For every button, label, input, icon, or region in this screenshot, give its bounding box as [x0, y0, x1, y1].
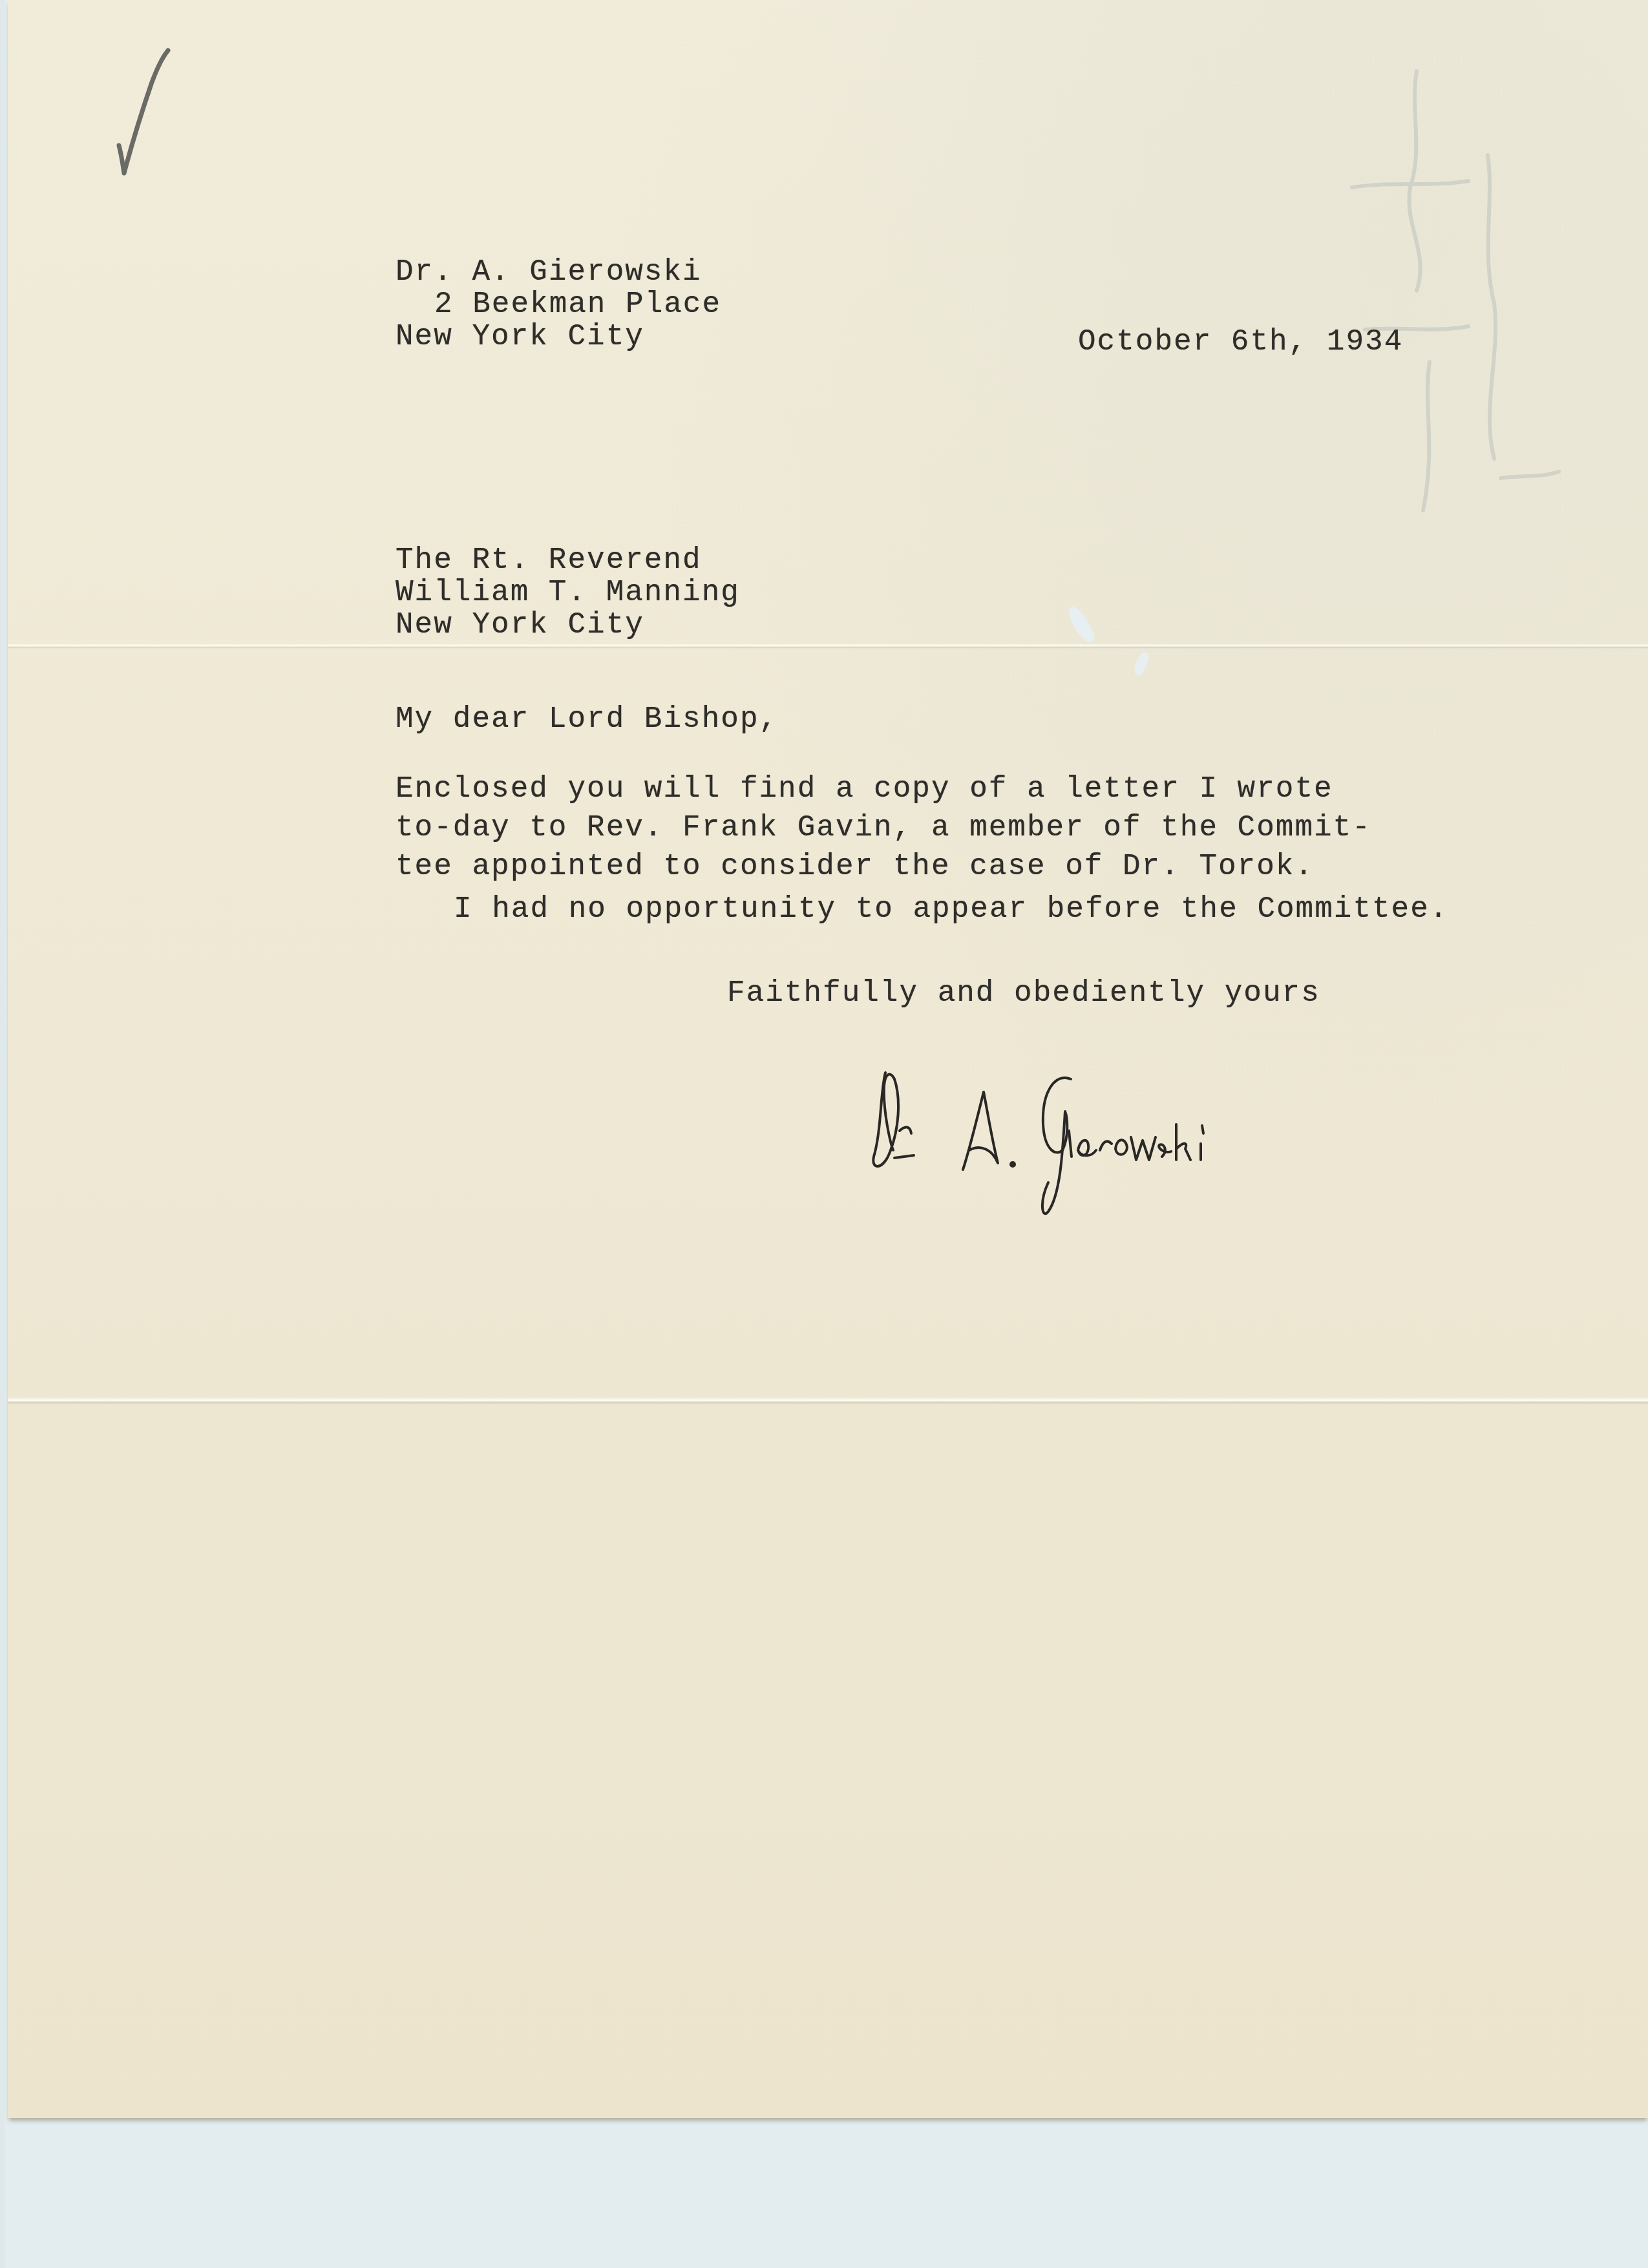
- recipient-line-3: New York City: [396, 610, 644, 640]
- paper-fold-line: [8, 644, 1648, 649]
- handwritten-signature: [854, 1053, 1294, 1221]
- sender-street: 2 Beekman Place: [434, 289, 721, 319]
- recipient-line-1: The Rt. Reverend: [396, 545, 702, 575]
- recipient-line-2: William T. Manning: [396, 578, 740, 607]
- sender-name: Dr. A. Gierowski: [396, 257, 702, 287]
- ink-bleed-through: [1339, 58, 1572, 549]
- body-line: I had no opportunity to appear before th…: [454, 894, 1448, 924]
- salutation: My dear Lord Bishop,: [396, 704, 778, 734]
- checkmark-icon: [105, 45, 176, 181]
- body-line: to-day to Rev. Frank Gavin, a member of …: [396, 813, 1371, 843]
- closing: Faithfully and obediently yours: [727, 978, 1320, 1008]
- letter-page: Dr. A. Gierowski 2 Beekman Place New Yor…: [8, 0, 1648, 2118]
- paper-fold-line: [8, 1397, 1648, 1405]
- paper-tear: [1065, 604, 1097, 646]
- paper-tear: [1132, 650, 1152, 677]
- body-line: tee appointed to consider the case of Dr…: [396, 852, 1314, 881]
- letter-date: October 6th, 1934: [1078, 327, 1403, 357]
- sender-city: New York City: [396, 322, 644, 352]
- body-line: Enclosed you will find a copy of a lette…: [396, 774, 1333, 804]
- scanner-bed-edge: [0, 0, 5, 2268]
